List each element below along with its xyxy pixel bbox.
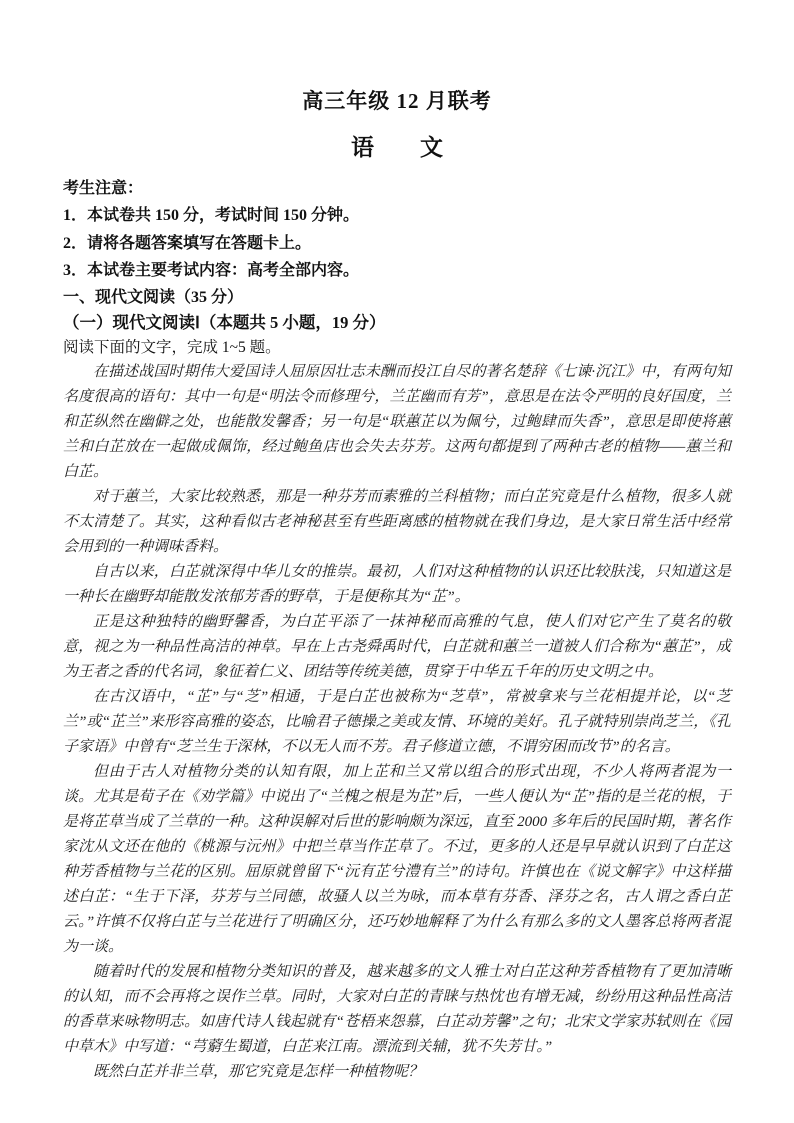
notice-heading: 考生注意： (63, 175, 731, 202)
exam-paper-page: 高三年级 12 月联考 语 文 考生注意： 1．本试卷共 150 分，考试时间 … (0, 0, 794, 1123)
passage-paragraph-3: 自古以来，白芷就深得中华儿女的推崇。最初，人们对这种植物的认识还比较肤浅，只知道… (63, 560, 731, 610)
passage-paragraph-2: 对于蕙兰，大家比较熟悉，那是一种芬芳而素雅的兰科植物；而白芷究竟是什么植物，很多… (63, 485, 731, 560)
page-subtitle: 语 文 (63, 133, 731, 162)
subsection-heading-reading-one: （一）现代文阅读Ⅰ（本题共 5 小题，19 分） (63, 310, 731, 336)
section-heading-modern-reading: 一、现代文阅读（35 分） (63, 285, 731, 311)
passage-paragraph-7: 随着时代的发展和植物分类知识的普及，越来越多的文人雅士对白芷这种芳香植物有了更加… (63, 960, 731, 1060)
reading-passage: 在描述战国时期伟大爱国诗人屈原因壮志未酬而投江自尽的著名楚辞《七谏·沉江》中，有… (63, 360, 731, 1085)
page-content: 高三年级 12 月联考 语 文 考生注意： 1．本试卷共 150 分，考试时间 … (0, 0, 794, 1085)
notice-item-3: 3．本试卷主要考试内容：高考全部内容。 (63, 257, 731, 285)
notice-item-1: 1．本试卷共 150 分，考试时间 150 分钟。 (63, 202, 731, 230)
reading-instruction: 阅读下面的文字，完成 1~5 题。 (63, 336, 731, 361)
passage-paragraph-5: 在古汉语中，“芷”与“芝”相通，于是白芷也被称为“芝草”，常被拿来与兰花相提并论… (63, 685, 731, 760)
examinee-notice: 考生注意： 1．本试卷共 150 分，考试时间 150 分钟。 2．请将各题答案… (63, 175, 731, 285)
passage-paragraph-1: 在描述战国时期伟大爱国诗人屈原因壮志未酬而投江自尽的著名楚辞《七谏·沉江》中，有… (63, 360, 731, 485)
notice-item-2: 2．请将各题答案填写在答题卡上。 (63, 230, 731, 258)
page-title: 高三年级 12 月联考 (63, 88, 731, 115)
passage-paragraph-6: 但由于古人对植物分类的认知有限，加上芷和兰又常以组合的形式出现，不少人将两者混为… (63, 760, 731, 960)
passage-paragraph-8: 既然白芷并非兰草，那它究竟是怎样一种植物呢？ (63, 1060, 731, 1085)
passage-paragraph-4: 正是这种独特的幽野馨香，为白芷平添了一抹神秘而高雅的气息，使人们对它产生了莫名的… (63, 610, 731, 685)
